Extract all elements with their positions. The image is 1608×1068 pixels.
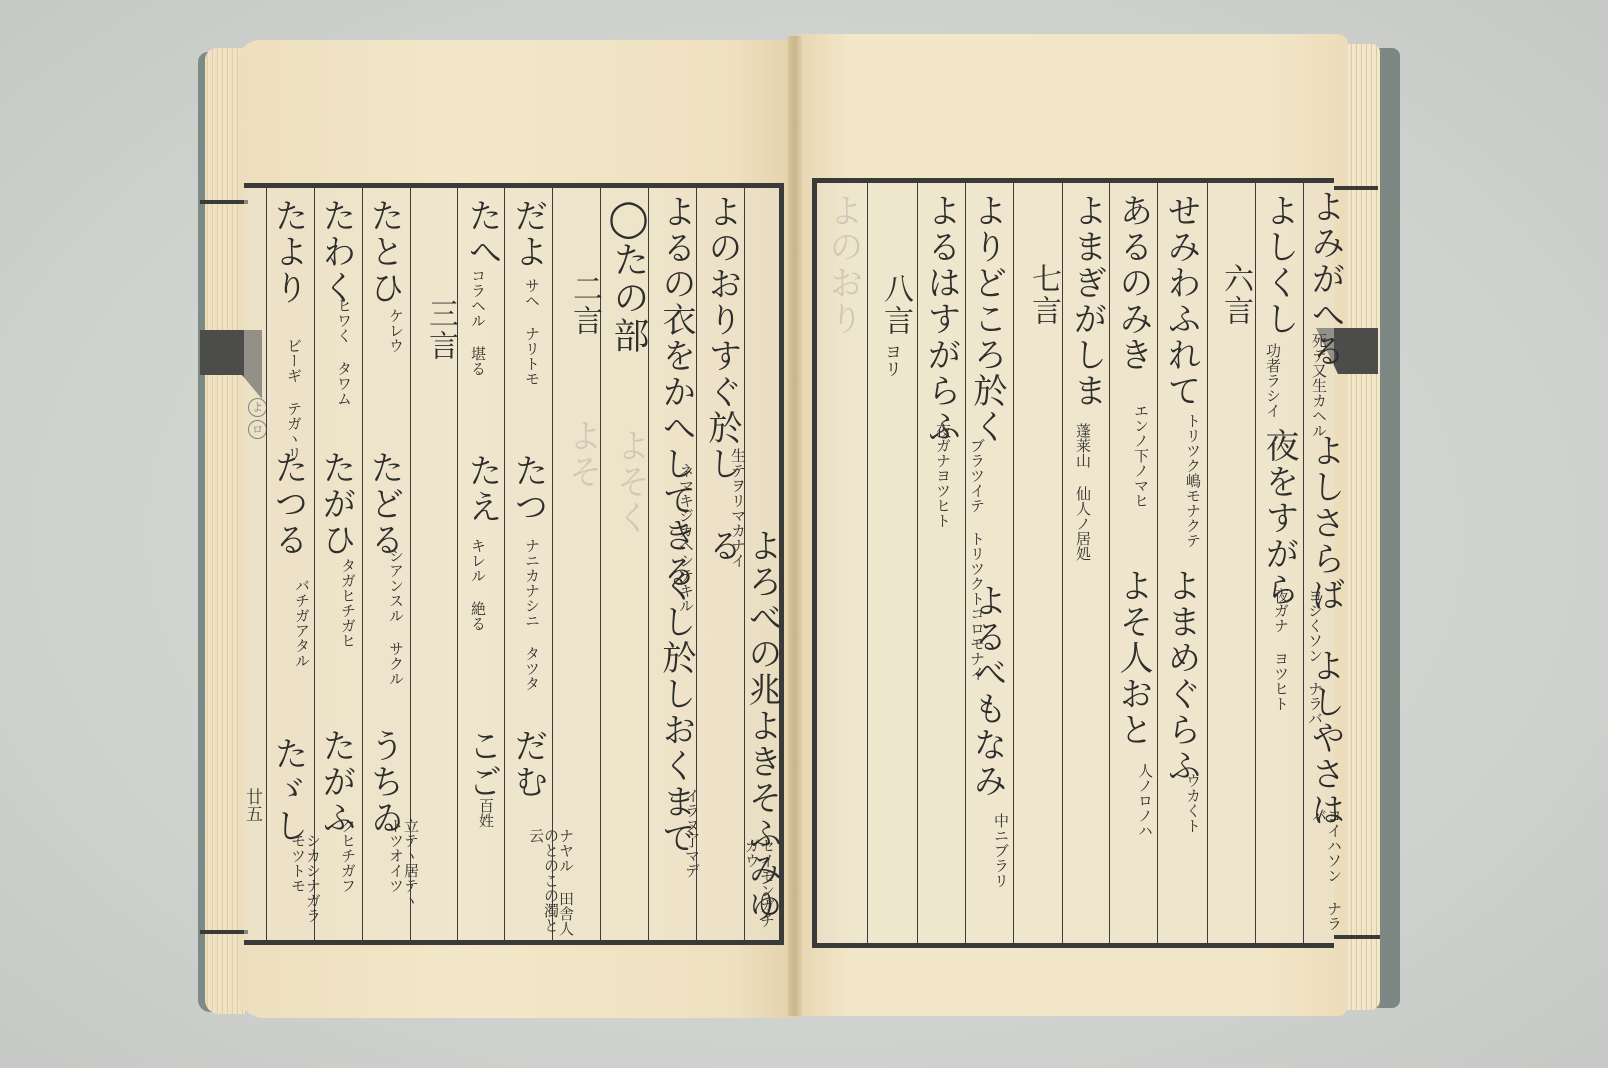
show-through-text: よそく (610, 428, 650, 536)
headword: たより (268, 198, 308, 306)
headword: よまめぐらふ (1161, 568, 1201, 784)
column-rule (965, 183, 966, 943)
gloss: 夜ガナ ヨツヒト (1273, 588, 1288, 711)
headword: たえ (462, 453, 502, 525)
column-rule (867, 183, 868, 943)
section-heading: 二言 (562, 273, 606, 337)
gloss: 中ニブラリ (993, 813, 1008, 888)
left-page-frame: 廿五 たより ビーギ テガヽリ たつる バチガアタル たゞし シカシナガラ モツ… (244, 183, 784, 945)
book-gutter (788, 36, 802, 1016)
headword: よしさらば (1305, 433, 1345, 613)
column-rule (504, 188, 505, 940)
gloss: コラヘル 堪る (470, 268, 485, 376)
headword: だよ (508, 198, 548, 270)
gloss: 人ノロノハ (1137, 763, 1152, 838)
section-title: ◯たの部 (608, 198, 648, 355)
section-heading: 八言 (873, 273, 917, 337)
gloss: ナニカナシニ タツタ (524, 538, 539, 691)
section-heading: 三言 (418, 298, 462, 362)
gloss: 百姓 (478, 798, 493, 828)
headword: たつる (268, 450, 308, 558)
column-rule (314, 188, 315, 940)
headword: たへ (462, 198, 502, 270)
gloss: シアンスル サクル (388, 548, 403, 686)
column-rule (1303, 183, 1304, 943)
gloss: セイモンガチガウ (744, 838, 774, 940)
gloss: ケレウ (388, 308, 403, 353)
gloss: ウカくト (1185, 773, 1200, 833)
section-heading: 六言 (1213, 263, 1257, 327)
gloss: 功者ラシイ (1265, 343, 1280, 418)
headword: こご (462, 728, 502, 800)
show-through-text: よそ (562, 418, 602, 490)
column-rule (917, 183, 918, 943)
column-rule (362, 188, 363, 940)
gloss: トリツク嶋モナクテ (1185, 413, 1200, 548)
headword: だむ (508, 728, 548, 800)
headword: せみわふれて (1161, 193, 1201, 409)
headword: たどる (364, 450, 404, 558)
headword: よしくし (1259, 193, 1299, 337)
headword: よまぎがしま (1067, 193, 1107, 409)
headword: よるべもなみ (967, 583, 1007, 799)
gloss: ナヤル 田舎人のとのこの濁と云 (528, 828, 573, 940)
gloss: ヨリ (883, 343, 898, 377)
headword: たがひ (316, 450, 356, 558)
gloss: イラヌ了マデ (684, 788, 699, 878)
gloss: 死デ又生カヘル (1311, 333, 1326, 438)
headword: よるはすがらふ (921, 193, 961, 445)
headword: あるのみき (1113, 193, 1153, 373)
frame-edge-line (200, 930, 248, 934)
right-page-frame: よのおり 八言 ヨリ よるはすがらふ 夜ガナヨツヒト よりどころ於く ブラツイテ… (812, 178, 1334, 948)
column-rule (1109, 183, 1110, 943)
gloss: サヘ ナリトモ (524, 278, 539, 386)
column-rule (266, 188, 267, 940)
headword: 夜をすがら (1259, 428, 1299, 608)
gloss: クヒチガフ (340, 818, 355, 893)
headword: よりどころ於く (967, 193, 1007, 445)
gloss: ヒワく タワム (336, 298, 351, 406)
column-rule (1207, 183, 1208, 943)
headword: たゞし (268, 736, 308, 844)
headword: たつ (508, 453, 548, 525)
page-number: 廿五 (244, 788, 259, 822)
gloss: キレル 絶る (470, 538, 485, 631)
gloss: ヨイハソン ナラバ (1311, 808, 1341, 943)
gloss: ビーギ テガヽリ (286, 338, 301, 461)
headword: よしやさは (1305, 648, 1345, 828)
gloss: バチガアタル (294, 578, 309, 668)
headword: たわく (316, 198, 356, 306)
headword: たとひ (364, 198, 404, 306)
column-rule (1013, 183, 1014, 943)
column-rule (1157, 183, 1158, 943)
show-through-text: よのおり (823, 193, 863, 337)
gloss: シカシナガラ モツトモ (290, 833, 320, 940)
headword: よそ人おと (1113, 568, 1153, 748)
frame-edge-line (200, 200, 248, 204)
gloss: 蓬莱山 仙人ノ居処 (1075, 423, 1090, 561)
gloss: タガヒチガヒ (340, 558, 355, 648)
gloss: 立テヽ居テヽ トツオイツ (388, 818, 418, 940)
gloss: 夜ガナヨツヒト (935, 423, 950, 528)
gloss: エンノ下ノマヒ (1133, 403, 1148, 508)
section-heading: 七言 (1021, 263, 1065, 327)
headword: よのおりすぐ於し (702, 194, 742, 482)
